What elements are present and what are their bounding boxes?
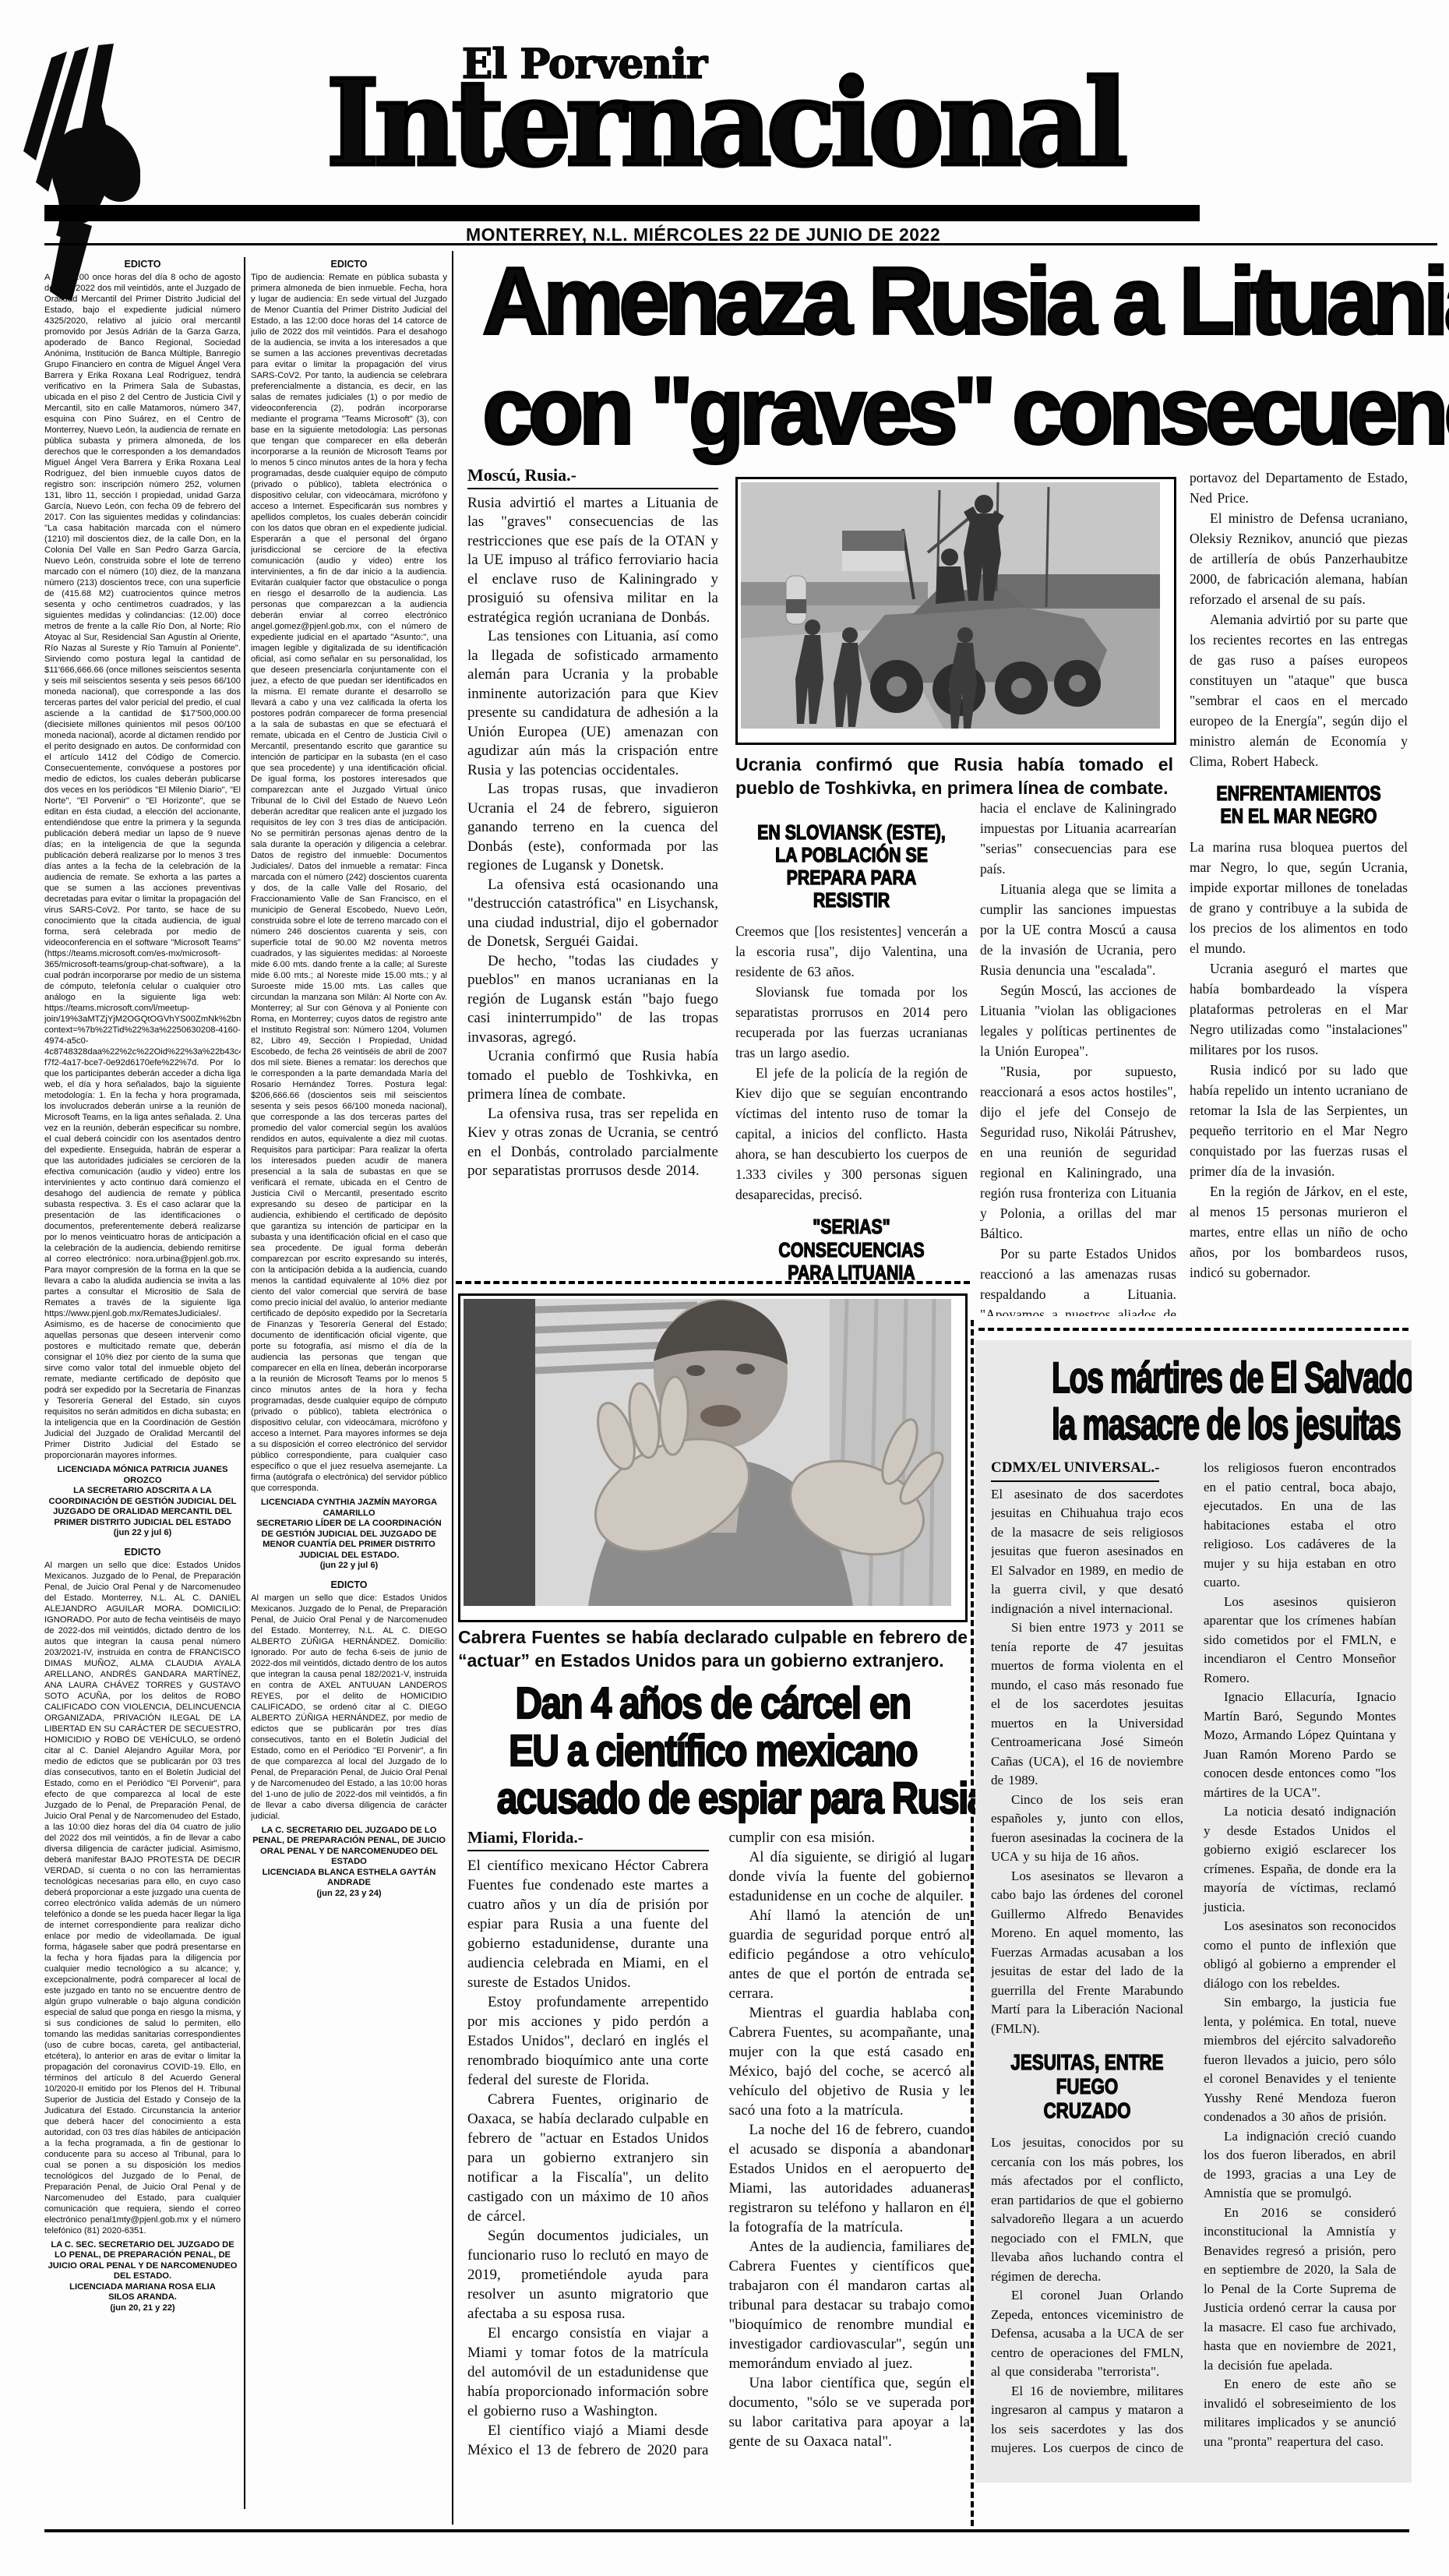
story-dateline: Miami, Florida.- (467, 1828, 709, 1851)
lead-column-1: Moscú, Rusia.- Rusia advirtió el martes … (467, 466, 718, 1254)
paragraph: Ucrania confirmó que Rusia había tomado … (467, 1047, 718, 1105)
spy-story-body: Miami, Florida.- El científico mexicano … (467, 1828, 970, 2526)
masthead-bar (44, 205, 1200, 221)
edicto-heading: EDICTO (251, 1579, 447, 1590)
edicto-heading: EDICTO (44, 1547, 241, 1558)
paragraph: A las 11:00 once horas del día 8 ocho de… (44, 272, 241, 1461)
top-rule (44, 243, 1437, 245)
lead-headline-line2: con "graves" consecuencias (482, 356, 1413, 466)
paragraph: Ignacio Ellacuría, Ignacio Martín Baró, … (1204, 1688, 1396, 1802)
man-gesturing-illustration (464, 1299, 951, 1606)
tank-photo (735, 477, 1176, 745)
paragraph: Los asesinatos se llevaron a cabo bajo l… (991, 1867, 1183, 2039)
section-heading-mar-negro: ENFRENTAMIENTOS EN EL MAR NEGRO (1209, 782, 1388, 827)
dashed-divider (456, 1281, 970, 1284)
paragraph: La marina rusa bloquea puertos del mar N… (1190, 837, 1408, 958)
lead-headline: Amenaza Rusia a Lituania con "graves" co… (458, 246, 1438, 466)
paragraph: El asesinato de dos sacerdotes jesuitas … (991, 1485, 1183, 1619)
paragraph: Según documentos judiciales, un funciona… (467, 2226, 709, 2324)
paragraph: De hecho, "todas las ciudades y pueblos"… (467, 952, 718, 1048)
paragraph: Sin embargo, la justicia fue lenta, y po… (1204, 1993, 1396, 2127)
lead-column-3: hacia el enclave de Kaliningrado impuest… (980, 798, 1176, 1316)
signature-block: LA C. SEC. SECRETARIO DEL JUZGADO DE LO … (44, 2240, 241, 2314)
paragraph: Alemania advirtió por su parte que los r… (1190, 609, 1408, 771)
paragraph: Las tensiones con Lituania, así como la … (467, 627, 718, 780)
edicto-heading: EDICTO (44, 259, 241, 270)
spy-headline-line1: Dan 4 años de cárcel en (497, 1680, 929, 1727)
paragraph: Al día siguiente, se dirigió al lugar do… (729, 1847, 971, 1906)
paragraph: En enero de este año se invalidó el sobr… (1204, 2375, 1396, 2451)
paragraph: La noticia desató indignación y desde Es… (1204, 1802, 1396, 1917)
soldiers-on-armored-vehicle-illustration (741, 482, 1160, 729)
cabrera-photo-caption: Cabrera Fuentes se había declarado culpa… (458, 1625, 968, 1672)
paragraph: Rusia advirtió el martes a Lituania de l… (467, 494, 718, 628)
paragraph: Sloviansk fue tomada por los separatista… (735, 982, 968, 1063)
lead-headline-line1: Amenaza Rusia a Lituania (482, 246, 1413, 356)
lead-column-4: portavoz del Departamento de Estado, Ned… (1190, 468, 1408, 1326)
jesuits-story-box: Los mártires de El Salvador: la masacre … (975, 1340, 1412, 2482)
section-heading-serias: "SERIAS" CONSECUENCIAS PARA LITUANIA (756, 1216, 947, 1283)
signature-block: LA C. SECRETARIO DEL JUZGADO DE LO PENAL… (251, 1826, 447, 1900)
paragraph: El científico mexicano Héctor Cabrera Fu… (467, 1856, 709, 1992)
edicto-heading: EDICTO (251, 259, 447, 270)
spy-headline-line2: EU a científico mexicano (497, 1727, 929, 1775)
paragraph: Los asesinos quisieron aparentar que los… (1204, 1593, 1396, 1689)
paragraph: Al margen un sello que dice: Estados Uni… (251, 1593, 447, 1822)
section-heading-jesuitas: JESUITAS, ENTRE FUEGO CRUZADO (1010, 2051, 1165, 2123)
paragraph: La noche del 16 de febrero, cuando el ac… (729, 2120, 971, 2237)
paragraph: El ministro de Defensa ucraniano, Oleksi… (1190, 508, 1408, 609)
jesuits-story-body: CDMX/EL UNIVERSAL.- El asesinato de dos … (991, 1459, 1396, 2472)
lead-column-2: EN SLOVIANSK (ESTE), LA POBLACIÓN SE PRE… (735, 810, 968, 1315)
jesuits-headline: Los mártires de El Salvador: la masacre … (991, 1354, 1396, 1448)
bottom-rule (44, 2529, 1409, 2532)
paragraph: hacia el enclave de Kaliningrado impuest… (980, 798, 1176, 879)
paragraph: Lituania alega que se limita a cumplir l… (980, 879, 1176, 980)
spy-headline-line3: acusado de espiar para Rusia (497, 1775, 929, 1823)
story-dateline: Moscú, Rusia.- (467, 466, 718, 489)
paragraph: Según Moscú, las acciones de Lituania "v… (980, 980, 1176, 1061)
paragraph: La ofensiva rusa, tras ser repelida en K… (467, 1105, 718, 1181)
paragraph: Los asesinatos son reconocidos como el p… (1204, 1917, 1396, 1993)
tank-photo-caption: Ucrania confirmó que Rusia había tomado … (735, 753, 1173, 799)
paragraph: La indignación creció cuando los dos fue… (1204, 2127, 1396, 2204)
paragraph: Una labor científica que, según el docum… (729, 2373, 971, 2451)
paragraph: Mientras el guardia hablaba con Cabrera … (729, 2003, 971, 2120)
section-title: Internacional (141, 53, 1308, 192)
paragraph: Los jesuitas, conocidos por su cercanía … (991, 2133, 1183, 2286)
spy-story-headline: Dan 4 años de cárcel en EU a científico … (456, 1680, 970, 1823)
paragraph: portavoz del Departamento de Estado, Ned… (1190, 468, 1408, 508)
paragraph: Al margen un sello que dice: Estados Uni… (44, 1560, 241, 2236)
signature-block: LICENCIADA MÓNICA PATRICIA JUANES OROZCO… (44, 1465, 241, 1539)
paragraph: Rusia indicó por su lado que había repel… (1190, 1060, 1408, 1181)
paragraph: Las tropas rusas, que invadieron Ucrania… (467, 780, 718, 876)
paragraph: Cabrera Fuentes, originario de Oaxaca, s… (467, 2090, 709, 2226)
column-divider (244, 257, 245, 2509)
cabrera-photo (458, 1293, 968, 1622)
paragraph: En la región de Járkov, en el este, al m… (1190, 1181, 1408, 1283)
dashed-divider (978, 1328, 1408, 1331)
paragraph: Tipo de audiencia: Remate en pública sub… (251, 272, 447, 1494)
paragraph: Ucrania aseguró el martes que había bomb… (1190, 958, 1408, 1060)
newspaper-page: El Porvenir Internacional MONTERREY, N.L… (0, 0, 1449, 2576)
jesuits-headline-line1: Los mártires de El Salvador: (1052, 1354, 1335, 1401)
column-divider (452, 251, 453, 2525)
signature-block: LICENCIADA CYNTHIA JAZMÍN MAYORGA CAMARI… (251, 1498, 447, 1572)
paragraph: Antes de la audiencia, familiares de Cab… (729, 2237, 971, 2373)
paragraph: Ahí llamó la atención de un guardia de s… (729, 1906, 971, 2003)
section-heading-sloviansk: EN SLOVIANSK (ESTE), LA POBLACIÓN SE PRE… (756, 821, 947, 912)
paragraph: Creemos que [los resistentes] vencerán a… (735, 921, 968, 982)
paragraph: Estoy profundamente arrepentido por mis … (467, 1992, 709, 2090)
paragraph: En 2016 se consideró inconstitucional la… (1204, 2204, 1396, 2376)
dashed-vertical-divider (971, 1320, 974, 2526)
paragraph: El jefe de la policía de la región de Ki… (735, 1063, 968, 1205)
paragraph: Si bien entre 1973 y 2011 se tenía repor… (991, 1618, 1183, 1791)
legal-notices-column-2: EDICTOTipo de audiencia: Remate en públi… (251, 251, 447, 2523)
story-dateline: CDMX/EL UNIVERSAL.- (991, 1459, 1159, 1482)
paragraph: "Rusia, por supuesto, reaccionará a esos… (980, 1061, 1176, 1244)
jesuits-headline-line2: la masacre de los jesuitas (1052, 1401, 1335, 1448)
paragraph: Por su parte Estados Unidos reaccionó a … (980, 1244, 1176, 1316)
paragraph: El coronel Juan Orlando Zepeda, entonces… (991, 2286, 1183, 2382)
paragraph: El encargo consistía en viajar a Miami y… (467, 2324, 709, 2421)
edition-dateline: MONTERREY, N.L. MIÉRCOLES 22 DE JUNIO DE… (466, 224, 940, 245)
paragraph: La ofensiva está ocasionando una "destru… (467, 876, 718, 952)
legal-notices-column-1: EDICTOA las 11:00 once horas del día 8 o… (44, 251, 241, 2523)
paragraph: Cinco de los seis eran españoles y, junt… (991, 1791, 1183, 1867)
